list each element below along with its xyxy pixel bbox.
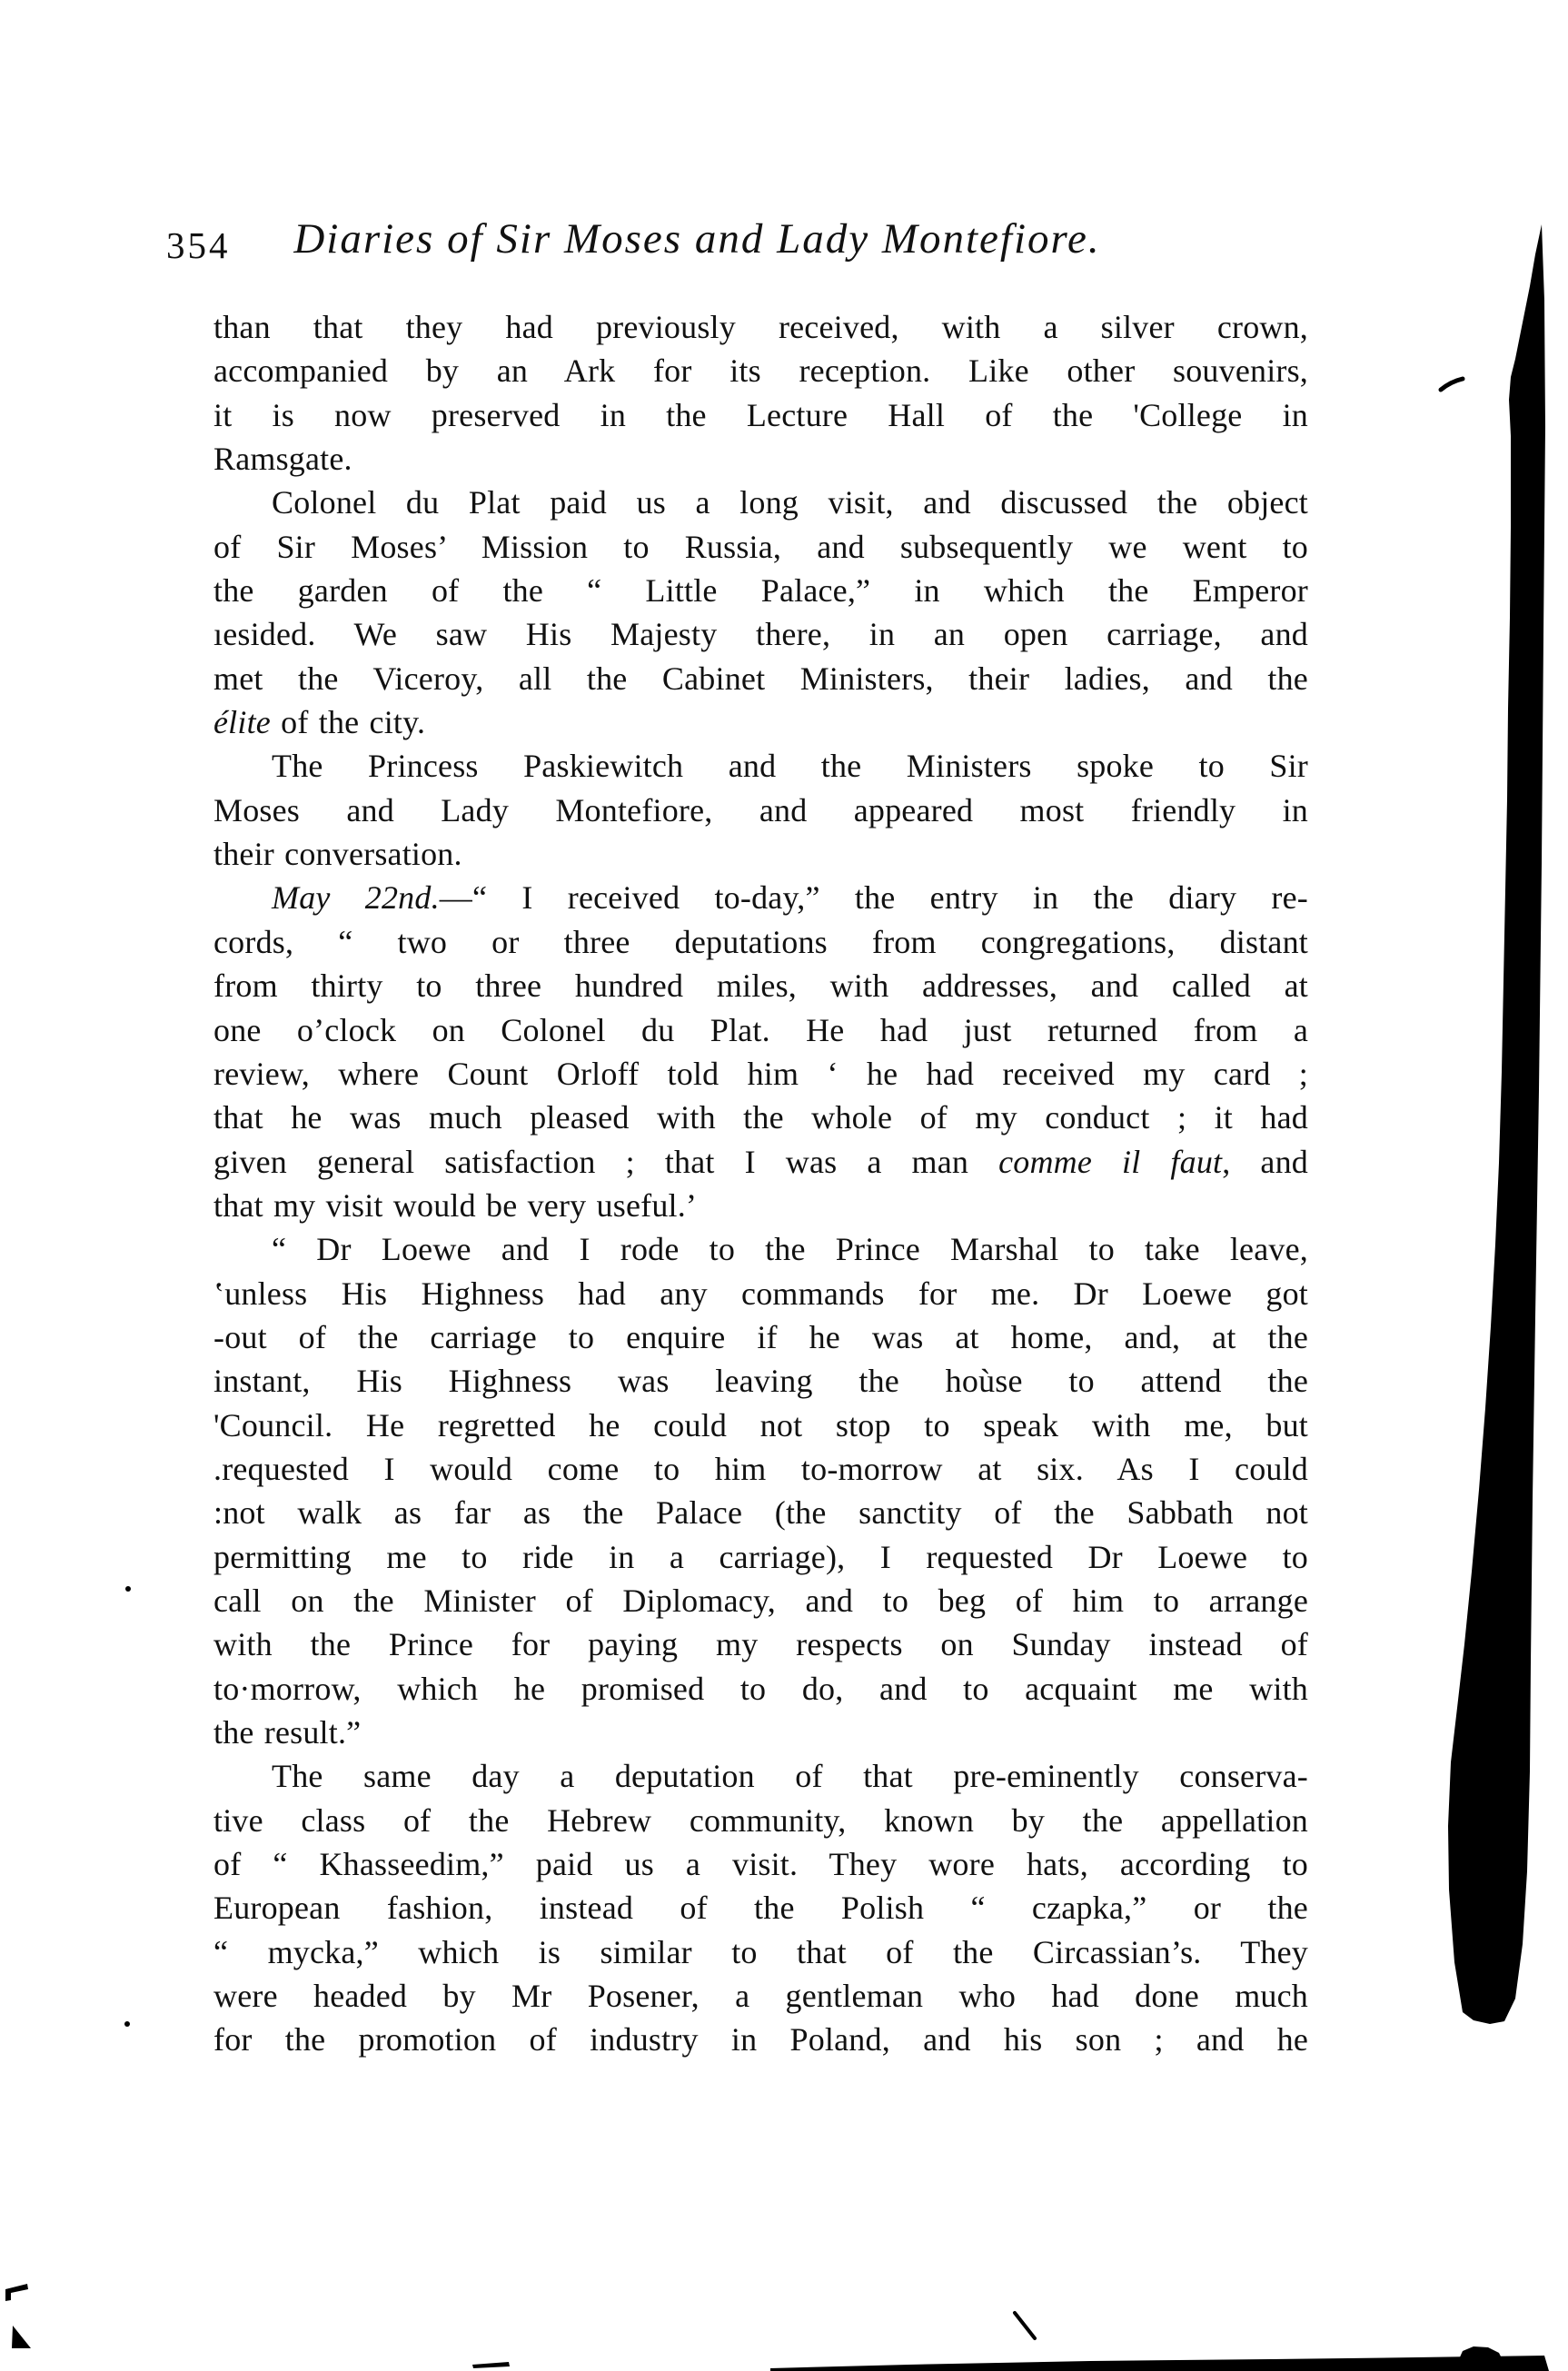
text-line: it is now preserved in the Lecture Hall … <box>213 393 1308 437</box>
text-segment: May 22nd. <box>272 879 440 916</box>
text-line: May 22nd.—“ I received to-day,” the entr… <box>213 876 1308 919</box>
text-segment: The same day a deputation of that pre-em… <box>272 1758 1308 1794</box>
text-segment: , and <box>1222 1144 1308 1180</box>
text-segment: Moses and Lady Montefiore, and appeared … <box>213 792 1308 828</box>
scan-dot-left-margin-1 <box>125 1586 131 1592</box>
text-line: accompanied by an Ark for its reception.… <box>213 349 1308 392</box>
text-segment: given general satisfaction ; that I was … <box>213 1144 998 1180</box>
text-line: 'Council. He regretted he could not stop… <box>213 1404 1308 1447</box>
text-segment: cords, “ two or three deputations from c… <box>213 924 1308 960</box>
text-line: Colonel du Plat paid us a long visit, an… <box>213 481 1308 524</box>
scan-dash-bottom-center <box>472 2362 510 2368</box>
scan-streak-right-edge <box>1448 224 1545 2024</box>
text-segment: the result.” <box>213 1714 361 1751</box>
text-segment: ıesided. We saw His Majesty there, in an… <box>213 616 1308 652</box>
text-segment: were headed by Mr Posener, a gentleman w… <box>213 1978 1308 2014</box>
text-line: given general satisfaction ; that I was … <box>213 1140 1308 1184</box>
text-line: European fashion, instead of the Polish … <box>213 1886 1308 1930</box>
text-segment: one o’clock on Colonel du Plat. He had j… <box>213 1012 1308 1048</box>
text-line: the garden of the “ Little Palace,” in w… <box>213 569 1308 612</box>
scan-blob-bottom-right <box>1457 2346 1504 2371</box>
text-segment: accompanied by an Ark for its reception.… <box>213 352 1308 389</box>
text-line: with the Prince for paying my respects o… <box>213 1622 1308 1666</box>
text-segment: than that they had previously received, … <box>213 309 1308 345</box>
text-segment: of Sir Moses’ Mission to Russia, and sub… <box>213 529 1308 565</box>
text-line: than that they had previously received, … <box>213 305 1308 349</box>
text-line: tive class of the Hebrew community, know… <box>213 1799 1308 1842</box>
text-line: the result.” <box>213 1711 1308 1754</box>
text-segment: -out of the carriage to enquire if he wa… <box>213 1319 1308 1355</box>
text-block: than that they had previously received, … <box>213 305 1308 2062</box>
text-segment: from thirty to three hundred miles, with… <box>213 967 1308 1004</box>
text-line: that my visit would be very useful.’ <box>213 1184 1308 1227</box>
text-line: .requested I would come to him to-morrow… <box>213 1447 1308 1491</box>
text-line: permitting me to ride in a carriage), I … <box>213 1535 1308 1579</box>
scan-triangle-mark-bottom-left <box>12 2326 31 2348</box>
text-segment: —“ I received to-day,” the entry in the … <box>440 879 1308 916</box>
text-segment: “ mycka,” which is similar to that of th… <box>213 1934 1308 1970</box>
text-line: of Sir Moses’ Mission to Russia, and sub… <box>213 525 1308 569</box>
running-header: 354 Diaries of Sir Moses and Lady Montef… <box>0 214 1568 280</box>
text-line: cords, “ two or three deputations from c… <box>213 920 1308 964</box>
text-segment: call on the Minister of Diplomacy, and t… <box>213 1582 1308 1619</box>
text-segment: Ramsgate. <box>213 441 352 477</box>
text-segment: the garden of the “ Little Palace,” in w… <box>213 572 1308 609</box>
text-line: their conversation. <box>213 832 1308 876</box>
text-segment: :not walk as far as the Palace (the sanc… <box>213 1494 1308 1531</box>
text-line: The same day a deputation of that pre-em… <box>213 1754 1308 1798</box>
text-line: instant, His Highness was leaving the ho… <box>213 1359 1308 1403</box>
page-title: Diaries of Sir Moses and Lady Montefiore… <box>254 214 1140 263</box>
text-line: from thirty to three hundred miles, with… <box>213 964 1308 1007</box>
scan-smudge-bottom-edge <box>770 2356 1549 2371</box>
text-segment: 'Council. He regretted he could not stop… <box>213 1407 1308 1443</box>
text-line: for the promotion of industry in Poland,… <box>213 2018 1308 2061</box>
text-line: ‛unless His Highness had any commands fo… <box>213 1272 1308 1315</box>
text-line: call on the Minister of Diplomacy, and t… <box>213 1579 1308 1622</box>
scan-dash-right-margin <box>1441 379 1463 390</box>
text-segment: instant, His Highness was leaving the ho… <box>213 1363 1308 1399</box>
text-segment: .requested I would come to him to-morrow… <box>213 1451 1308 1487</box>
text-segment: with the Prince for paying my respects o… <box>213 1626 1308 1662</box>
text-line: one o’clock on Colonel du Plat. He had j… <box>213 1008 1308 1052</box>
text-segment: for the promotion of industry in Poland,… <box>213 2021 1308 2058</box>
text-segment: Colonel du Plat paid us a long visit, an… <box>272 484 1308 521</box>
text-line: The Princess Paskiewitch and the Ministe… <box>213 744 1308 788</box>
text-segment: it is now preserved in the Lecture Hall … <box>213 397 1308 433</box>
text-segment: of the city. <box>271 704 425 740</box>
text-line: to·morrow, which he promised to do, and … <box>213 1667 1308 1711</box>
text-segment: European fashion, instead of the Polish … <box>213 1890 1308 1926</box>
text-line: Ramsgate. <box>213 437 1308 481</box>
scan-diagonal-mark-bottom <box>1015 2313 1035 2338</box>
text-segment: that he was much pleased with the whole … <box>213 1099 1308 1136</box>
text-segment: permitting me to ride in a carriage), I … <box>213 1539 1308 1575</box>
text-line: élite of the city. <box>213 700 1308 744</box>
text-line: “ Dr Loewe and I rode to the Prince Mars… <box>213 1227 1308 1271</box>
text-segment: ‛unless His Highness had any commands fo… <box>213 1275 1308 1312</box>
text-segment: review, where Count Orloff told him ‘ he… <box>213 1056 1308 1092</box>
text-segment: comme il faut <box>998 1144 1222 1180</box>
text-line: “ mycka,” which is similar to that of th… <box>213 1930 1308 1974</box>
text-line: met the Viceroy, all the Cabinet Ministe… <box>213 657 1308 700</box>
text-segment: The Princess Paskiewitch and the Ministe… <box>272 748 1308 784</box>
text-line: of “ Khasseedim,” paid us a visit. They … <box>213 1842 1308 1886</box>
scan-corner-mark-bottom-left <box>5 2284 28 2301</box>
text-segment: met the Viceroy, all the Cabinet Ministe… <box>213 660 1308 697</box>
text-line: that he was much pleased with the whole … <box>213 1096 1308 1139</box>
text-segment: tive class of the Hebrew community, know… <box>213 1802 1308 1839</box>
text-segment: élite <box>213 704 271 740</box>
scan-dot-left-margin-2 <box>124 2021 130 2027</box>
text-segment: to·morrow, which he promised to do, and … <box>213 1671 1308 1707</box>
text-line: :not walk as far as the Palace (the sanc… <box>213 1491 1308 1534</box>
scanned-book-page: 354 Diaries of Sir Moses and Lady Montef… <box>0 0 1568 2371</box>
page-number: 354 <box>166 223 231 267</box>
text-segment: of “ Khasseedim,” paid us a visit. They … <box>213 1846 1308 1882</box>
text-line: ıesided. We saw His Majesty there, in an… <box>213 612 1308 656</box>
text-line: were headed by Mr Posener, a gentleman w… <box>213 1974 1308 2018</box>
text-line: review, where Count Orloff told him ‘ he… <box>213 1052 1308 1096</box>
text-line: -out of the carriage to enquire if he wa… <box>213 1315 1308 1359</box>
text-line: Moses and Lady Montefiore, and appeared … <box>213 789 1308 832</box>
text-segment: their conversation. <box>213 836 462 872</box>
text-segment: “ Dr Loewe and I rode to the Prince Mars… <box>272 1231 1308 1267</box>
text-segment: that my visit would be very useful.’ <box>213 1187 697 1224</box>
